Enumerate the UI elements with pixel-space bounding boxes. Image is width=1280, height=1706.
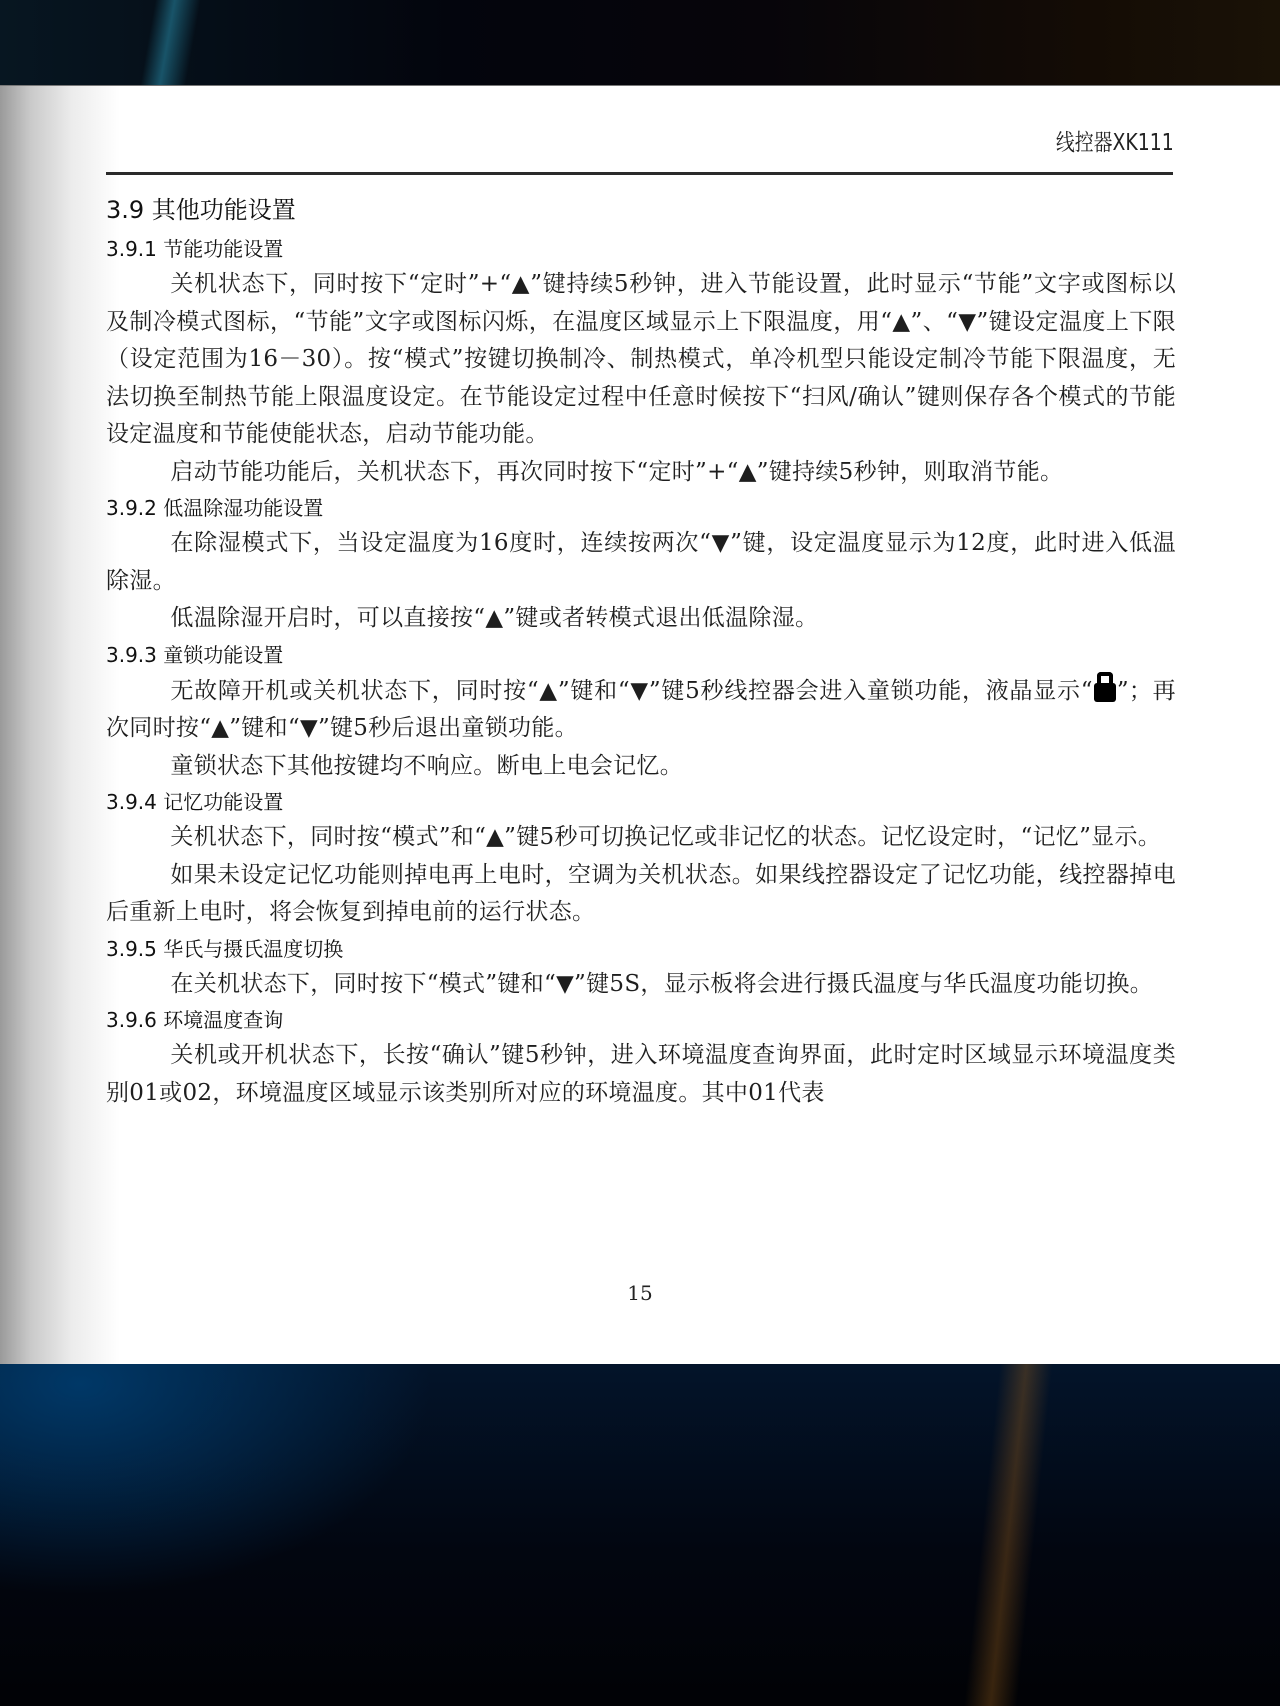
subsection-title: 3.9.2 低温除湿功能设置	[106, 491, 1176, 525]
subsection-title: 3.9.1 节能功能设置	[106, 232, 1176, 266]
subsection-title: 3.9.4 记忆功能设置	[106, 785, 1176, 819]
subsection-title: 3.9.6 环境温度查询	[106, 1003, 1176, 1037]
paragraph: 启动节能功能后，关机状态下，再次同时按下“定时”+“▲”键持续5秒钟，则取消节能…	[106, 454, 1176, 492]
subsection-low-temp-dehumidify: 3.9.2 低温除湿功能设置 在除湿模式下，当设定温度为16度时，连续按两次“▼…	[106, 491, 1176, 638]
paragraph-text: 无故障开机或关机状态下，同时按“▲”键和“▼”键5秒线控器会进入童锁功能，液晶显…	[170, 678, 1092, 704]
paragraph: 关机或开机状态下，长按“确认”键5秒钟，进入环境温度查询界面，此时定时区域显示环…	[106, 1037, 1176, 1112]
subsection-title: 3.9.3 童锁功能设置	[106, 638, 1176, 672]
paragraph: 关机状态下，同时按下“定时”+“▲”键持续5秒钟，进入节能设置，此时显示“节能”…	[106, 266, 1176, 454]
page-number: 15	[0, 1281, 1280, 1305]
page-edge-shadow	[0, 86, 120, 1364]
paragraph: 无故障开机或关机状态下，同时按“▲”键和“▼”键5秒线控器会进入童锁功能，液晶显…	[106, 672, 1176, 748]
paragraph: 在除湿模式下，当设定温度为16度时，连续按两次“▼”键，设定温度显示为12度，此…	[106, 525, 1176, 600]
subsection-memory: 3.9.4 记忆功能设置 关机状态下，同时按“模式”和“▲”键5秒可切换记忆或非…	[106, 785, 1176, 932]
background-bottom	[0, 1364, 1280, 1706]
lock-icon	[1094, 672, 1116, 702]
document-page: 线控器XK111 3.9 其他功能设置 3.9.1 节能功能设置 关机状态下，同…	[0, 85, 1280, 1364]
subsection-temp-unit-switch: 3.9.5 华氏与摄氏温度切换 在关机状态下，同时按下“模式”键和“▼”键5S，…	[106, 932, 1176, 1004]
page-content: 3.9 其他功能设置 3.9.1 节能功能设置 关机状态下，同时按下“定时”+“…	[106, 186, 1176, 1112]
subsection-child-lock: 3.9.3 童锁功能设置 无故障开机或关机状态下，同时按“▲”键和“▼”键5秒线…	[106, 638, 1176, 786]
background-top	[0, 0, 1280, 85]
paragraph: 如果未设定记忆功能则掉电再上电时，空调为关机状态。如果线控器设定了记忆功能，线控…	[106, 857, 1176, 932]
paragraph: 在关机状态下，同时按下“模式”键和“▼”键5S，显示板将会进行摄氏温度与华氏温度…	[106, 966, 1176, 1004]
paragraph: 关机状态下，同时按“模式”和“▲”键5秒可切换记忆或非记忆的状态。记忆设定时，“…	[106, 819, 1176, 857]
paragraph: 低温除湿开启时，可以直接按“▲”键或者转模式退出低温除湿。	[106, 600, 1176, 638]
subsection-title: 3.9.5 华氏与摄氏温度切换	[106, 932, 1176, 966]
paragraph: 童锁状态下其他按键均不响应。断电上电会记忆。	[106, 748, 1176, 786]
page-header-title: 线控器XK111	[1056, 124, 1174, 157]
subsection-ambient-temp-query: 3.9.6 环境温度查询 关机或开机状态下，长按“确认”键5秒钟，进入环境温度查…	[106, 1003, 1176, 1112]
header-divider	[106, 172, 1173, 175]
subsection-energy-saving: 3.9.1 节能功能设置 关机状态下，同时按下“定时”+“▲”键持续5秒钟，进入…	[106, 232, 1176, 491]
section-title: 3.9 其他功能设置	[106, 186, 1176, 232]
